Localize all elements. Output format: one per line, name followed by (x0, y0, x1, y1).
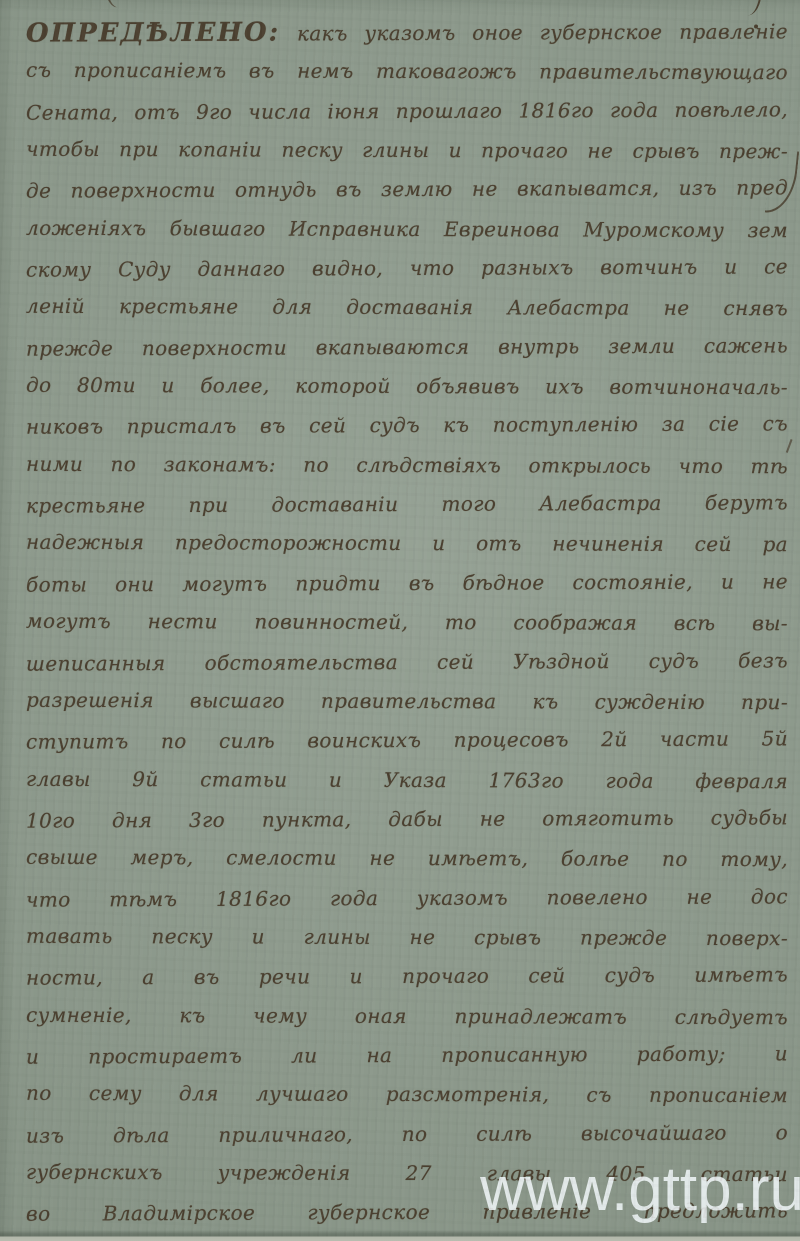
manuscript-line-21: 10го дня 3го пункта, дабы не отяготить с… (26, 798, 788, 841)
determination-heading: ОПРЕДѢЛЕНО: (26, 18, 280, 49)
manuscript-line-5: де поверхности отнудь въ землю не вкапыв… (26, 169, 788, 212)
manuscript-line-27: и простираетъ ли на прописанную работу; … (26, 1034, 788, 1077)
manuscript-line-30: губернскихъ учрежденія 27 главы 405 стат… (26, 1153, 788, 1195)
manuscript-line-2: съ прописаніемъ въ немъ таковагожъ прави… (26, 51, 788, 93)
manuscript-line-23: что тѣмъ 1816го года указомъ повелено не… (26, 877, 788, 920)
manuscript-line-10: до 80ти и более, которой объявивъ ихъ во… (26, 366, 788, 408)
manuscript-line-22: свыше меръ, смелости не имѣетъ, болѣе по… (26, 838, 788, 880)
manuscript-line-28: по сему для лучшаго разсмотренія, съ про… (26, 1074, 788, 1116)
manuscript-line-25: ности, а въ речи и прочаго сей судъ имѣе… (26, 956, 788, 999)
manuscript-line-20: главы 9й статьи и Указа 1763го года февр… (26, 759, 788, 801)
manuscript-line-24: тавать песку и глины не срывъ прежде пов… (26, 917, 788, 959)
manuscript-line-26: сумненіе, къ чему оная принадлежатъ слѣд… (26, 995, 788, 1037)
manuscript-line-3: Сената, отъ 9го числа іюня прошлаго 1816… (26, 90, 788, 133)
manuscript-line-16: могутъ нести повинностей, то соображая в… (26, 602, 788, 644)
manuscript-line-9: прежде поверхности вкапываются внутрь зе… (26, 326, 788, 369)
manuscript-line-8: леній крестьяне для доставанія Алебастра… (26, 287, 788, 329)
manuscript-line-18: разрешенія высшаго правительства къ сужд… (26, 681, 788, 723)
manuscript-text-block: ОПРЕДѢЛЕНО: какъ указомъ оное губернское… (26, 13, 788, 1233)
manuscript-line-19: ступитъ по силѣ воинскихъ процесовъ 2й ч… (26, 720, 788, 763)
manuscript-line-31: во Владимірское губернское правленіе пре… (26, 1192, 788, 1235)
manuscript-line-14: надежныя предосторожности и отъ нечинені… (26, 523, 788, 565)
manuscript-line-11: никовъ присталъ въ сей судъ къ поступлен… (26, 405, 788, 448)
manuscript-line-13: крестьяне при доставаніи того Алебастра … (26, 483, 788, 526)
stray-ink-mark-top-left (106, 0, 120, 9)
manuscript-line-1: ОПРЕДѢЛЕНО: какъ указомъ оное губернское… (26, 11, 788, 54)
manuscript-line-1-rest: какъ указомъ оное губернское правленіе (297, 19, 788, 45)
manuscript-line-17: шеписанныя обстоятельства сей Уѣздной су… (26, 641, 788, 684)
manuscript-line-6: ложеніяхъ бывшаго Исправника Евреинова М… (26, 209, 788, 251)
manuscript-line-7: скому Суду даннаго видно, что разныхъ во… (26, 247, 788, 290)
manuscript-line-29: изъ дѣла приличнаго, по силѣ высочайшаго… (26, 1113, 788, 1156)
manuscript-line-4: чтобы при копаніи песку глины и прочаго … (26, 130, 788, 172)
manuscript-line-15: боты они могутъ придти въ бѣдное состоян… (26, 562, 788, 605)
manuscript-page: ОПРЕДѢЛЕНО: какъ указомъ оное губернское… (0, 0, 800, 1241)
manuscript-line-12: ними по законамъ: по слѣдствіяхъ открыло… (26, 445, 788, 487)
